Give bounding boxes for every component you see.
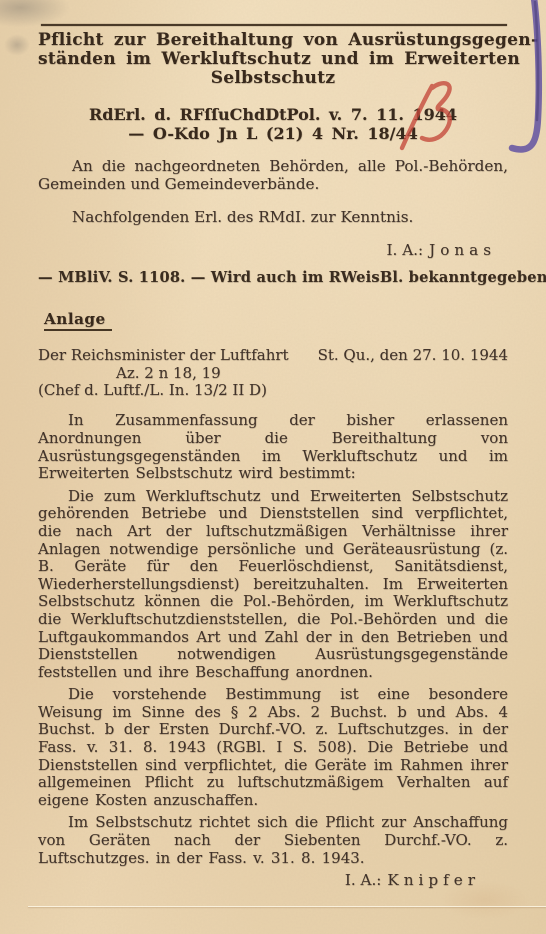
document-title: Pflicht zur Bereithaltung von Ausrüstung…	[38, 31, 508, 88]
signature-prefix: I. A.:	[387, 241, 424, 259]
title-line-2: ständen im Werkluftschutz und im Erweite…	[38, 50, 508, 69]
decree-line-2: — O-Kdo Jn L (21) 4 Nr. 18/44	[38, 124, 508, 143]
scan-smudge-left	[4, 34, 30, 56]
header-rule	[41, 24, 507, 26]
signature-jonas: I. A.:Jonas	[38, 241, 508, 259]
paragraph-2: Die zum Werkluftschutz und Erweiterten S…	[38, 488, 508, 682]
signature-knipfer: I. A.:Knipfer	[38, 871, 508, 889]
signature-name: Knipfer	[381, 871, 480, 889]
addressees: An die nachgeordneten Behörden, alle Pol…	[38, 157, 508, 193]
purple-margin-mark	[504, 0, 546, 171]
document-body: Pflicht zur Bereithaltung von Ausrüstung…	[38, 24, 508, 889]
forwarding-notice: Nachfolgenden Erl. des RMdI. zur Kenntni…	[38, 208, 508, 226]
paragraph-3: Die vorstehende Bestimmung ist eine beso…	[38, 686, 508, 809]
title-line-3: Selbstschutz	[38, 69, 508, 88]
signature-name: Jonas	[423, 241, 496, 259]
office-reference: (Chef d. Luftf./L. In. 13/2 II D)	[38, 382, 508, 399]
title-line-1: Pflicht zur Bereithaltung von Ausrüstung…	[38, 31, 508, 50]
publication-reference: — MBliV. S. 1108. — Wird auch im RWeisBl…	[38, 269, 508, 286]
issuer: Der Reichsminister der Luftfahrt	[38, 347, 289, 364]
paragraph-1: In Zusammenfassung der bisher erlassenen…	[38, 412, 508, 482]
attachment-heading: Anlage	[44, 310, 112, 331]
decree-line-1: RdErl. d. RFſſuChdDtPol. v. 7. 11. 1944	[38, 105, 508, 124]
file-number: Az. 2 n 18, 19	[116, 365, 508, 381]
issuer-date-row: Der Reichsminister der Luftfahrt St. Qu.…	[38, 347, 508, 364]
paper-crease-line	[28, 906, 546, 907]
scanned-document-page: Pflicht zur Bereithaltung von Ausrüstung…	[0, 0, 546, 934]
decree-reference: RdErl. d. RFſſuChdDtPol. v. 7. 11. 1944 …	[38, 105, 508, 143]
signature-prefix: I. A.:	[345, 871, 382, 889]
dateline: St. Qu., den 27. 10. 1944	[318, 347, 508, 364]
paragraph-4: Im Selbstschutz richtet sich die Pflicht…	[38, 814, 508, 867]
